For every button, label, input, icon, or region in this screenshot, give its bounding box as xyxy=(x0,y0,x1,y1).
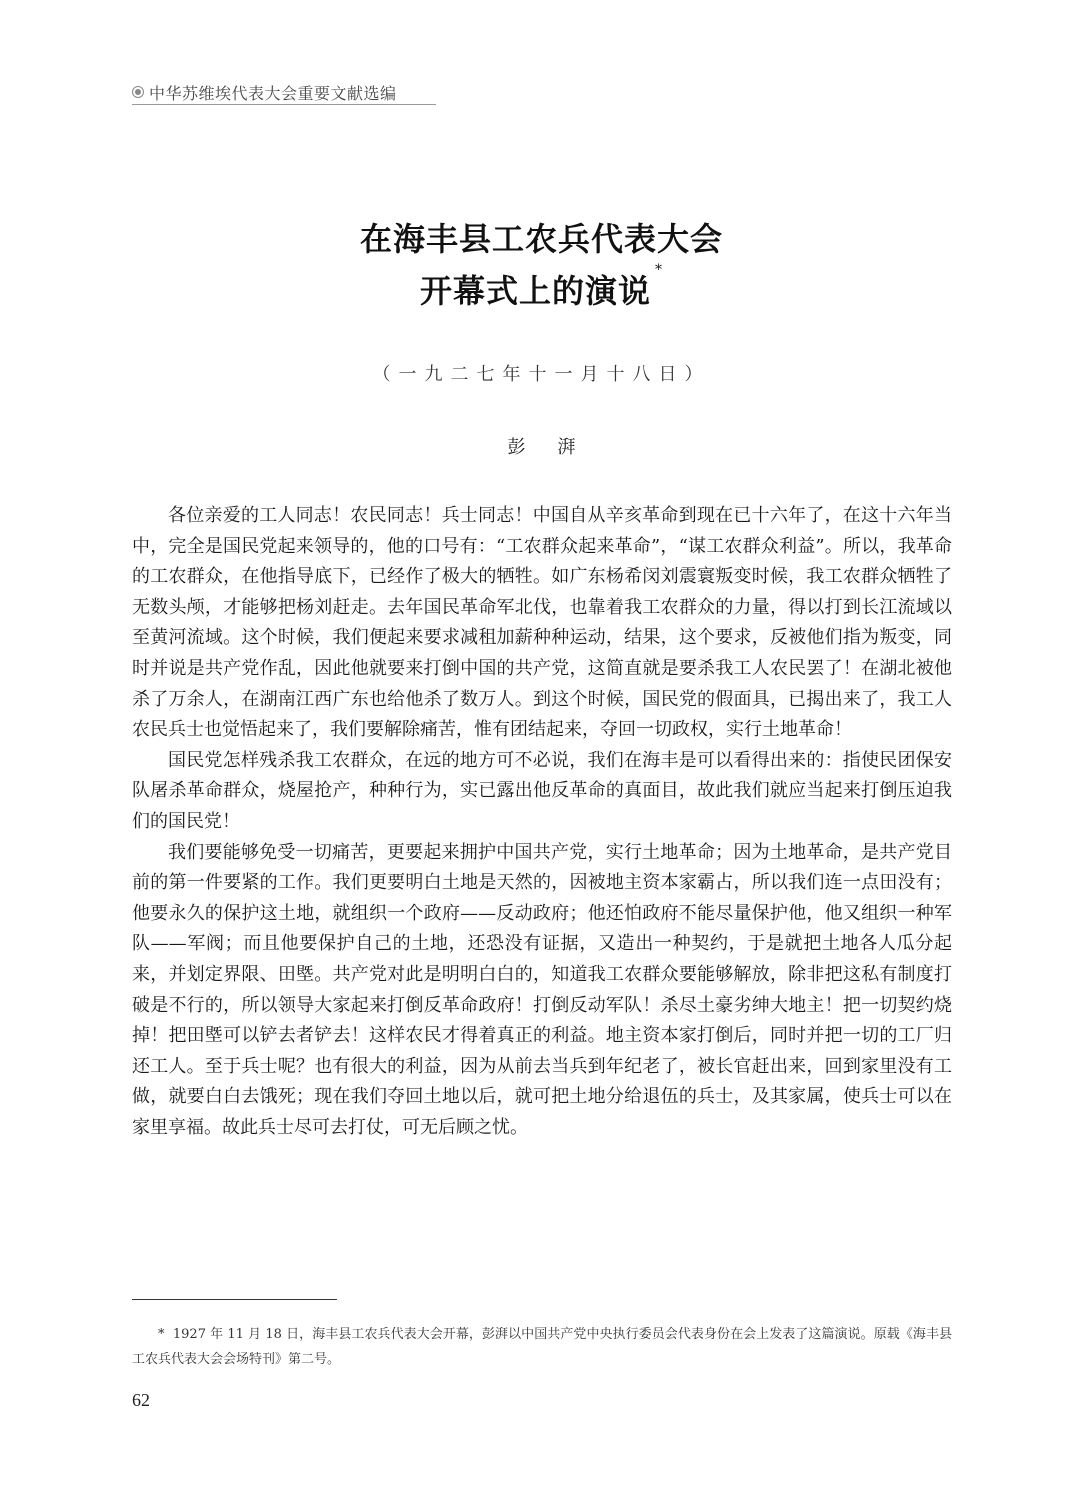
running-head: 中华苏维埃代表大会重要文献选编 xyxy=(132,80,436,105)
target-circle-icon xyxy=(132,86,144,98)
paragraph: 我们要能够免受一切痛苦，更要起来拥护中国共产党，实行土地革命；因为土地革命，是共… xyxy=(132,838,952,1144)
article-title-line-1: 在海丰县工农兵代表大会 xyxy=(0,214,1083,260)
page-number: 62 xyxy=(132,1390,150,1411)
author-surname: 彭 xyxy=(508,437,526,458)
footnote-divider xyxy=(132,1299,337,1300)
article-author: 彭湃 xyxy=(0,433,1083,459)
article-date: （一九二七年十一月十八日） xyxy=(0,360,1083,386)
footnote-text: 1927 年 11 月 18 日，海丰县工农兵代表大会开幕，彭湃以中国共产党中央… xyxy=(132,1327,952,1367)
footnote: * 1927 年 11 月 18 日，海丰县工农兵代表大会开幕，彭湃以中国共产党… xyxy=(132,1322,952,1372)
paragraph: 国民党怎样残杀我工农群众，在远的地方可不必说，我们在海丰是可以看得出来的：指使民… xyxy=(132,746,952,838)
title-text-1: 在海丰县工农兵代表大会 xyxy=(360,220,723,258)
article-body: 各位亲爱的工人同志！农民同志！兵士同志！中国自从辛亥革命到现在已十六年了，在这十… xyxy=(132,501,952,1143)
author-given-name: 湃 xyxy=(558,437,576,458)
paragraph: 各位亲爱的工人同志！农民同志！兵士同志！中国自从辛亥革命到现在已十六年了，在这十… xyxy=(132,501,952,746)
running-head-text: 中华苏维埃代表大会重要文献选编 xyxy=(149,81,397,104)
title-footnote-mark[interactable]: * xyxy=(655,262,663,278)
article-title-line-2: 开幕式上的演说* xyxy=(0,266,1083,312)
footnote-mark: * xyxy=(158,1327,165,1342)
title-text-2: 开幕式上的演说 xyxy=(420,272,651,310)
